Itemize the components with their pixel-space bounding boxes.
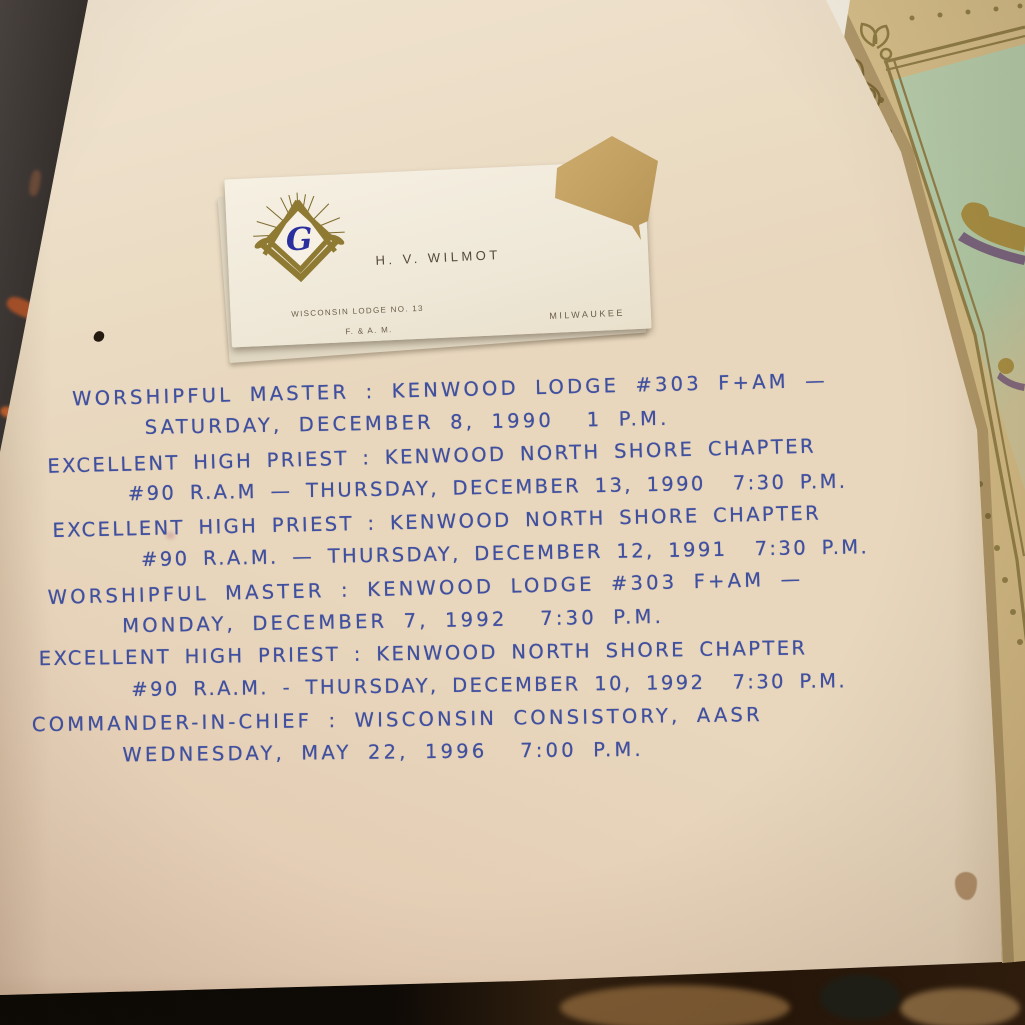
handwritten-line: #90 R.A.M. — THURSDAY, DECEMBER 12, 1991… [141, 534, 989, 571]
emblem-letter-g: G [285, 221, 313, 258]
card-city: MILWAUKEE [549, 308, 625, 321]
card-lodge-abbrev: F. & A. M. [345, 325, 393, 336]
handwritten-line: EXCELLENT HIGH PRIEST : KENWOOD NORTH SH… [39, 635, 991, 670]
card-lodge-name: WISCONSIN LODGE NO. 13 [291, 304, 424, 319]
handwritten-line: MONDAY, DECEMBER 7, 1992 7:30 P.M. [122, 600, 990, 637]
leather-dark-patch [820, 975, 900, 1020]
scrapbook-photo: G H. V. WILMOT WISCONSIN LODGE NO. 13 F.… [0, 0, 1025, 1025]
handwritten-line: #90 R.A.M — THURSDAY, DECEMBER 13, 1990 … [128, 468, 988, 505]
masonic-square-compass-icon: G [245, 182, 354, 291]
handwritten-line: COMMANDER-IN-CHIEF : WISCONSIN CONSISTOR… [32, 701, 992, 736]
leather-worn-patch [560, 985, 790, 1025]
handwritten-line: WEDNESDAY, MAY 22, 1996 7:00 P.M. [122, 735, 992, 766]
leather-worn-patch [900, 988, 1020, 1025]
card-lodge-lines: WISCONSIN LODGE NO. 13 F. & A. M. [252, 302, 463, 341]
handwritten-line: #90 R.A.M. - THURSDAY, DECEMBER 10, 1992… [131, 668, 991, 701]
handwritten-entries: WORSHIPFUL MASTER : KENWOOD LODGE #303 F… [26, 369, 993, 782]
